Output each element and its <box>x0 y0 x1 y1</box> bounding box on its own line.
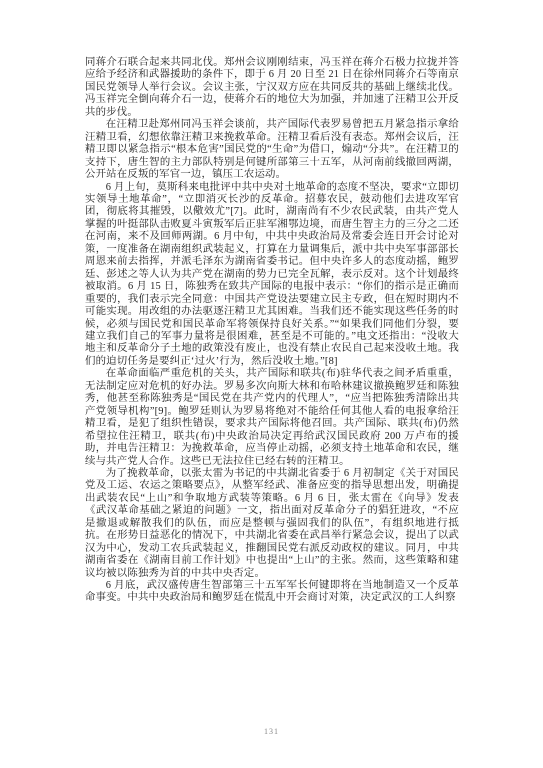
page-number: 131 <box>0 727 543 736</box>
paragraph: 同蒋介石联合起来共同北伐。郑州会议刚刚结束，冯玉祥在蒋介石极力拉拢并答应给予经济… <box>85 57 459 119</box>
paragraph: 在汪精卫赴郑州同冯玉祥会谈前，共产国际代表罗易曾把五月紧急指示拿给汪精卫看，幻想… <box>85 119 459 181</box>
paragraph: 在革命面临严重危机的关头，共产国际和联共(布)驻华代表之间矛盾重重，无法制定应对… <box>85 368 459 468</box>
text-body: 同蒋介石联合起来共同北伐。郑州会议刚刚结束，冯玉祥在蒋介石极力拉拢并答应给予经济… <box>85 57 459 605</box>
document-page: 同蒋介石联合起来共同北伐。郑州会议刚刚结束，冯玉祥在蒋介石极力拉拢并答应给予经济… <box>0 0 543 768</box>
paragraph: 为了挽救革命，以张太雷为书记的中共湖北省委于 6 月初制定《关于对国民党及工运、… <box>85 468 459 580</box>
paragraph: 6 月上旬，莫斯科来电批评中共中央对土地革命的态度不坚决，要求“立即切实领导土地… <box>85 182 459 369</box>
paragraph: 6 月底，武汉盛传唐生智部第三十五军军长何键即将在当地制造又一个反革命事变。中共… <box>85 580 459 605</box>
